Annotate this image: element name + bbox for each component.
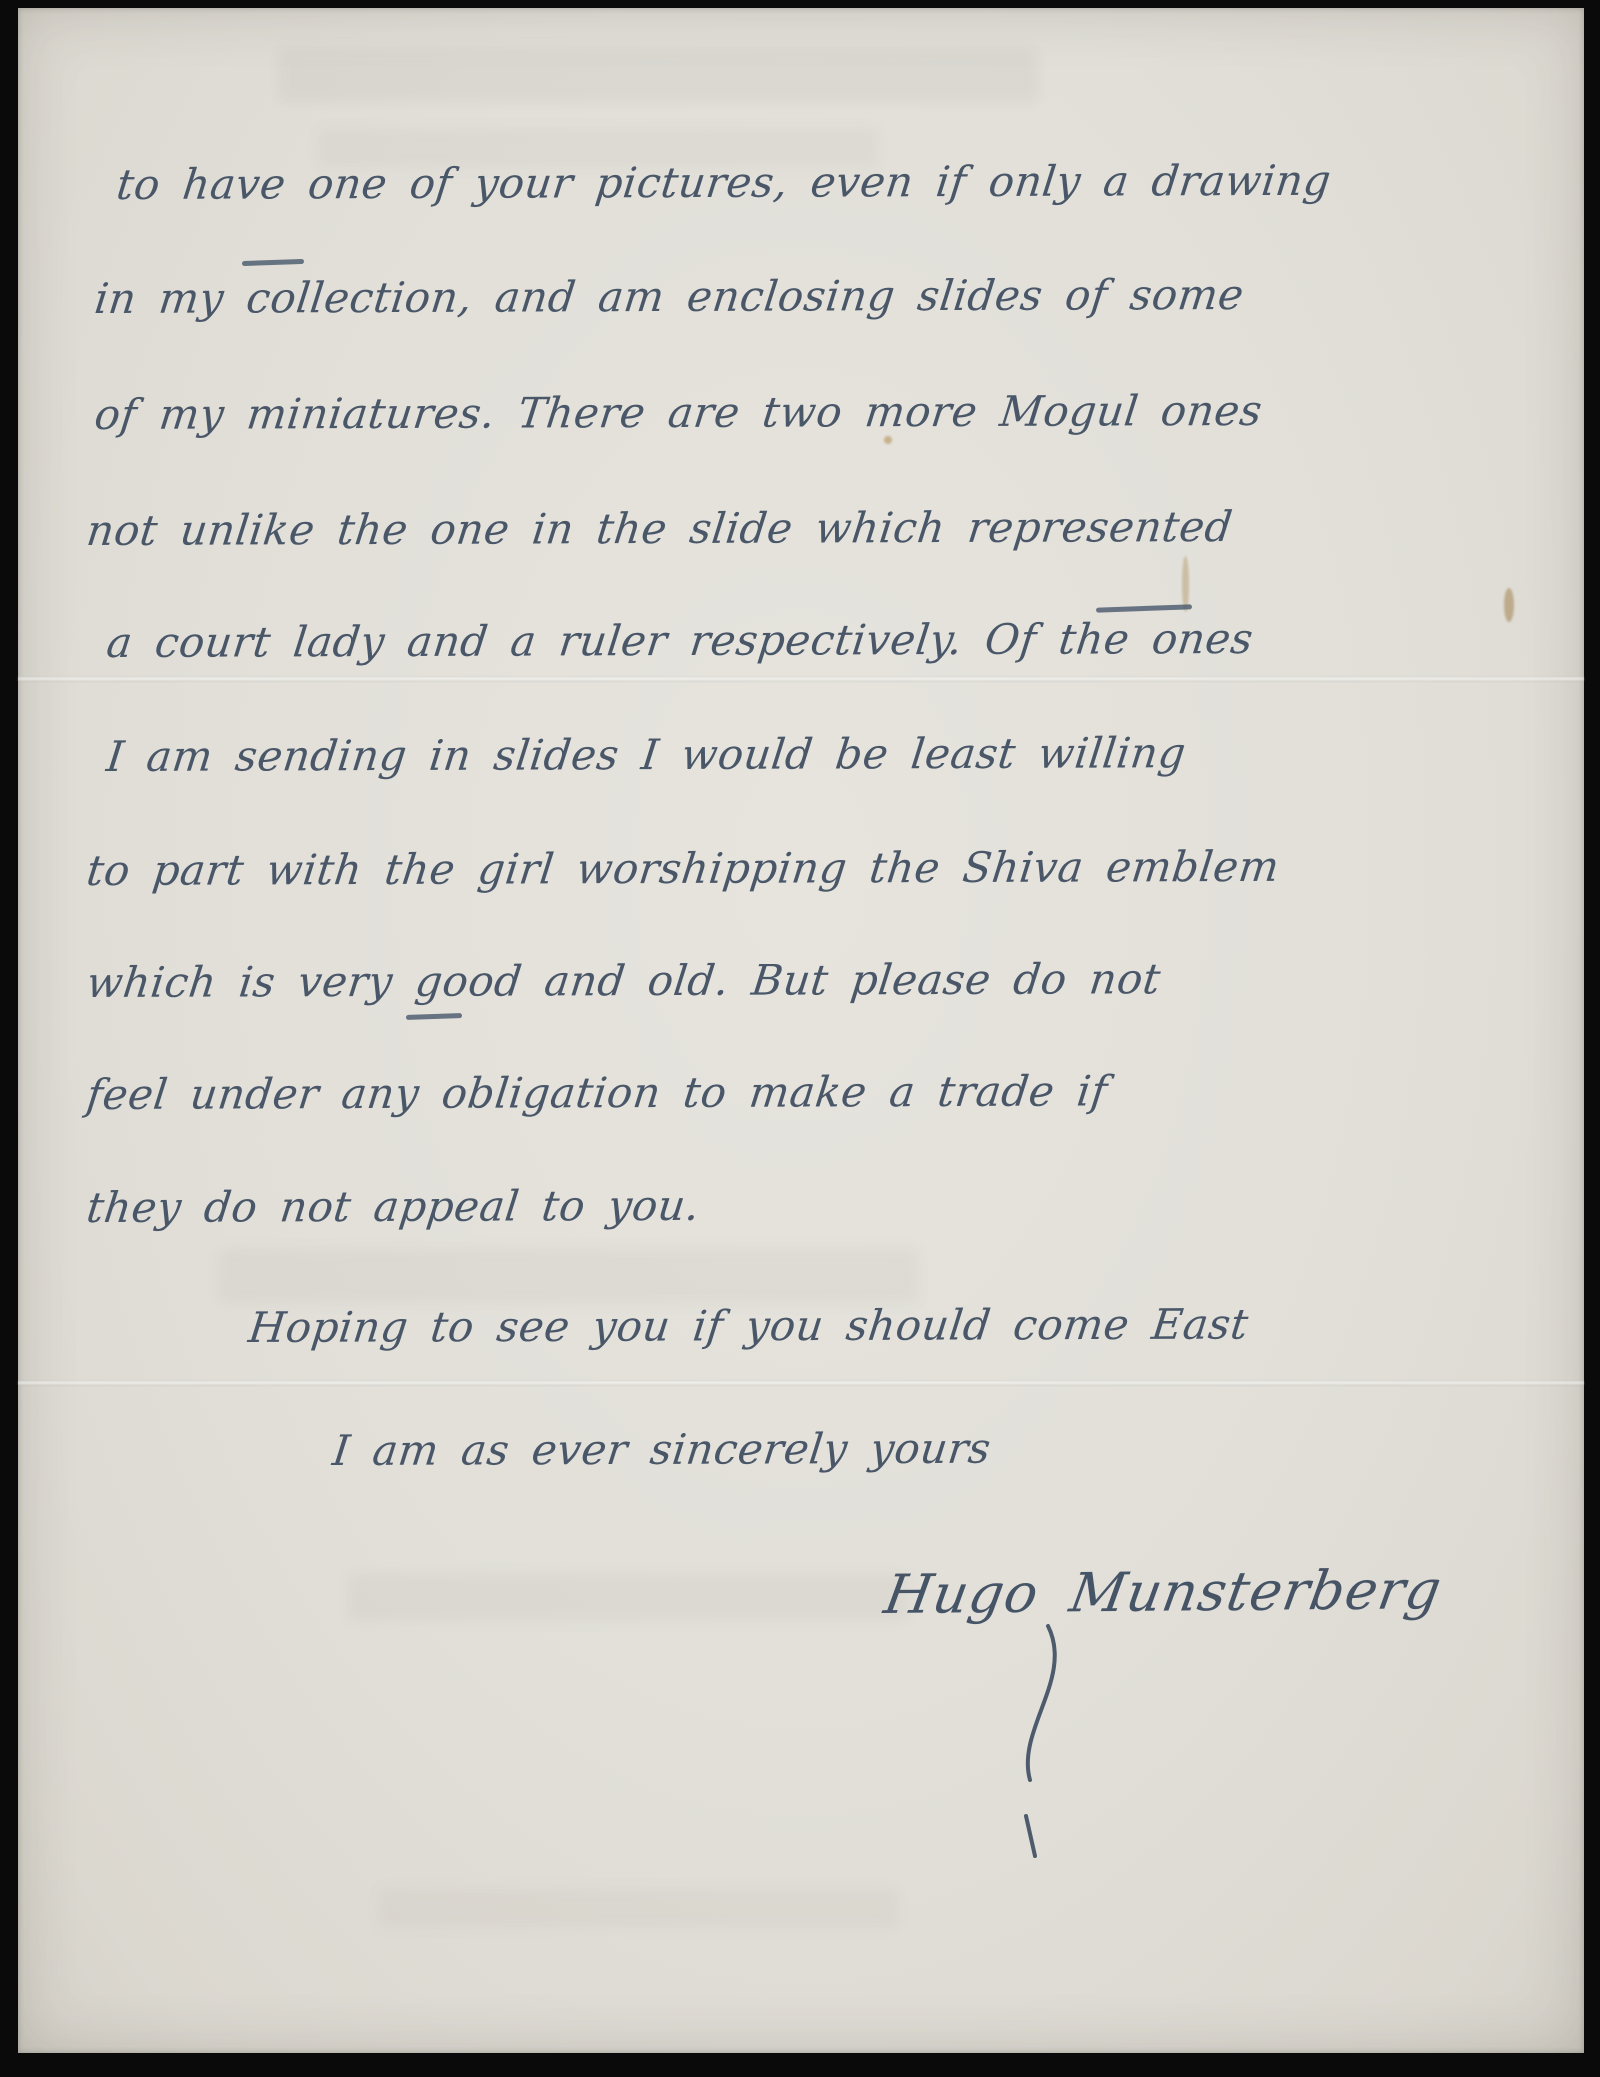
handwritten-line-11: Hoping to see you if you should come Eas… [246,1300,1251,1352]
handwritten-line-7: to part with the girl worshipping the Sh… [84,842,1282,895]
handwritten-line-12: I am as ever sincerely yours [330,1424,994,1475]
handwritten-line-8: which is very good and old. But please d… [84,954,1163,1007]
handwritten-line-10: they do not appeal to you. [84,1181,702,1232]
fold-crease-lower [18,1380,1584,1386]
bleed-through-ghost [218,1248,918,1304]
pen-dash-mark [1096,604,1192,612]
handwritten-line-9: feel under any obligation to make a trad… [84,1066,1110,1119]
pen-dash-mark [406,1013,462,1020]
handwritten-line-5: a court lady and a ruler respectively. O… [104,614,1256,667]
signature-flourish-stroke [898,1620,1198,1880]
letter-paper: to have one of your pictures, even if on… [18,8,1584,2053]
handwritten-line-2: in my collection, and am enclosing slide… [92,270,1247,323]
bleed-through-ghost [378,1888,898,1928]
handwritten-line-3: of my miniatures. There are two more Mog… [92,386,1265,439]
bleed-through-ghost [348,1573,908,1621]
fold-crease-upper [18,676,1584,682]
handwritten-line-1: to have one of your pictures, even if on… [114,156,1334,209]
handwritten-line-6: I am sending in slides I would be least … [104,728,1189,781]
scanned-letter-screenshot: to have one of your pictures, even if on… [0,0,1600,2077]
paper-stain [1504,588,1514,622]
pen-dash-mark [242,259,304,266]
signature: Hugo Munsterberg [880,1558,1446,1626]
handwritten-line-4: not unlike the one in the slide which re… [84,502,1235,555]
bleed-through-ghost [278,48,1038,102]
paper-stain [884,436,892,444]
